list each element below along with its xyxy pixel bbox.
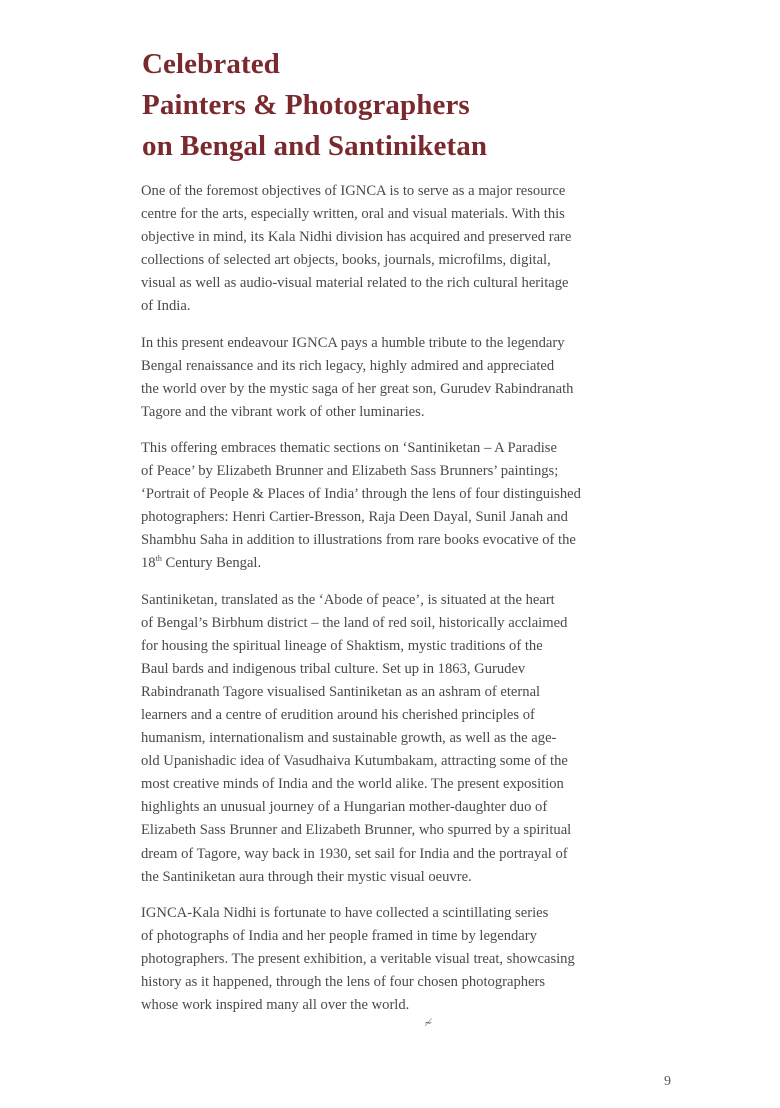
text-line: Santiniketan, translated as the ‘Abode o… xyxy=(141,589,619,612)
text-line: of India. xyxy=(141,295,619,318)
text-line: centre for the arts, especially written,… xyxy=(141,203,619,226)
century-text: Century Bengal. xyxy=(162,555,261,571)
text-line: most creative minds of India and the wor… xyxy=(141,773,619,796)
text-line: the world over by the mystic saga of her… xyxy=(141,378,619,401)
title-line: Celebrated xyxy=(142,44,487,85)
text-line: Elizabeth Sass Brunner and Elizabeth Bru… xyxy=(141,819,619,842)
paragraph-santiniketan: Santiniketan, translated as the ‘Abode o… xyxy=(141,589,619,889)
text-line: of Bengal’s Birbhum district – the land … xyxy=(141,612,619,635)
page-number: 9 xyxy=(664,1074,671,1090)
text-line: of photographs of India and her people f… xyxy=(141,925,619,948)
text-line: In this present endeavour IGNCA pays a h… xyxy=(141,332,619,355)
text-line: 18th Century Bengal. xyxy=(141,552,619,575)
text-line: whose work inspired many all over the wo… xyxy=(141,994,619,1017)
ornament-icon: ≁ xyxy=(424,1018,432,1029)
title-line: on Bengal and Santiniketan xyxy=(142,126,487,167)
text-line: for housing the spiritual lineage of Sha… xyxy=(141,635,619,658)
document-page: Celebrated Painters & Photographers on B… xyxy=(0,0,780,1108)
text-line: IGNCA-Kala Nidhi is fortunate to have co… xyxy=(141,902,619,925)
title-line: Painters & Photographers xyxy=(142,85,487,126)
text-line: collections of selected art objects, boo… xyxy=(141,249,619,272)
text-line: objective in mind, its Kala Nidhi divisi… xyxy=(141,226,619,249)
body-text: One of the foremost objectives of IGNCA … xyxy=(141,180,619,1030)
text-line: history as it happened, through the lens… xyxy=(141,971,619,994)
text-line: dream of Tagore, way back in 1930, set s… xyxy=(141,843,619,866)
text-line: learners and a centre of erudition aroun… xyxy=(141,704,619,727)
text-line: photographers: Henri Cartier-Bresson, Ra… xyxy=(141,506,619,529)
text-line: One of the foremost objectives of IGNCA … xyxy=(141,180,619,203)
text-line: Baul bards and indigenous tribal culture… xyxy=(141,658,619,681)
text-line: Tagore and the vibrant work of other lum… xyxy=(141,401,619,424)
text-line: Shambhu Saha in addition to illustration… xyxy=(141,529,619,552)
paragraph-offering: This offering embraces thematic sections… xyxy=(141,437,619,576)
text-line: ‘Portrait of People & Places of India’ t… xyxy=(141,483,619,506)
text-line: of Peace’ by Elizabeth Brunner and Eliza… xyxy=(141,460,619,483)
century-number: 18 xyxy=(141,555,156,571)
paragraph-tribute: In this present endeavour IGNCA pays a h… xyxy=(141,332,619,424)
text-line: Bengal renaissance and its rich legacy, … xyxy=(141,355,619,378)
text-line: visual as well as audio-visual material … xyxy=(141,272,619,295)
page-title: Celebrated Painters & Photographers on B… xyxy=(142,44,487,167)
text-line: photographers. The present exhibition, a… xyxy=(141,948,619,971)
text-line: the Santiniketan aura through their myst… xyxy=(141,866,619,889)
text-line: highlights an unusual journey of a Hunga… xyxy=(141,796,619,819)
text-line: This offering embraces thematic sections… xyxy=(141,437,619,460)
text-line: humanism, internationalism and sustainab… xyxy=(141,727,619,750)
paragraph-kala-nidhi: IGNCA-Kala Nidhi is fortunate to have co… xyxy=(141,902,619,1017)
text-line: old Upanishadic idea of Vasudhaiva Kutum… xyxy=(141,750,619,773)
paragraph-intro: One of the foremost objectives of IGNCA … xyxy=(141,180,619,319)
text-line: Rabindranath Tagore visualised Santinike… xyxy=(141,681,619,704)
